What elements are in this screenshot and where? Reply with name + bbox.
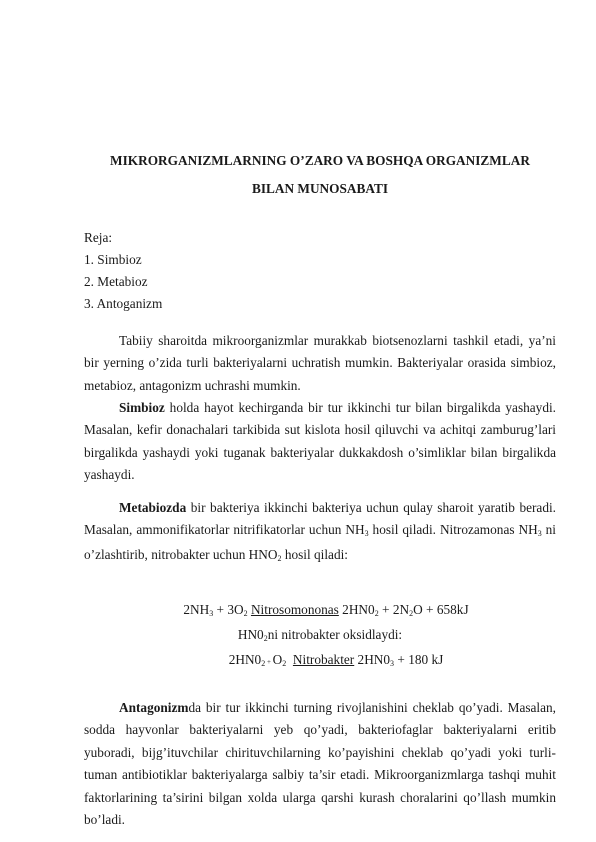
document-page: MIKRORGANIZMLARNING O’ZARO VA BOSHQA ORG… xyxy=(0,0,596,842)
subscript: 2 xyxy=(409,609,413,618)
symbiosis-paragraph: Simbioz holda hayot kechirganda bir tur … xyxy=(84,397,556,487)
eq-part: 2HN0 xyxy=(229,652,262,667)
subscript: 2 xyxy=(278,554,282,563)
eq-part: 2HN0 xyxy=(339,602,375,617)
document-title-line-1: MIKRORGANIZMLARNING O’ZARO VA BOSHQA ORG… xyxy=(84,147,556,175)
eq-part: + 3O xyxy=(213,602,243,617)
subscript: 2 xyxy=(264,634,268,643)
metabiosis-term: Metabiozda xyxy=(119,500,186,515)
equation-nitrobakter: 2HN02 + O2 Nitrobakter 2HN03 + 180 kJ xyxy=(100,649,572,673)
subscript: 2 xyxy=(282,659,286,668)
antagonism-text: da bir tur ikkinchi turning rivojlanishi… xyxy=(84,700,556,827)
eq-part xyxy=(286,652,293,667)
eq-part: + xyxy=(265,658,272,666)
metabiosis-paragraph: Metabiozda bir bakteriya ikkinchi bakter… xyxy=(84,497,556,568)
metabiosis-text: hosil qiladi: xyxy=(282,547,349,562)
subscript: 2 xyxy=(375,609,379,618)
eq-part: + 180 kJ xyxy=(394,652,443,667)
subscript: 3 xyxy=(390,659,394,668)
catalyst-label: Nitrosomononas xyxy=(251,602,339,617)
plan-heading: Reja: xyxy=(84,227,112,249)
antagonism-paragraph: Antagonizmda bir tur ikkinchi turning ri… xyxy=(84,697,556,831)
metabiosis-text: hosil qiladi. Nitrozamonas NH xyxy=(369,522,538,537)
subscript: 3 xyxy=(209,609,213,618)
equation-nitrosomonas: 2NH3 + 3O2 Nitrosomononas 2HN02 + 2N2O +… xyxy=(90,599,562,623)
symbiosis-term: Simbioz xyxy=(119,400,165,415)
subscript: 2 xyxy=(244,609,248,618)
plan-item-2: 2. Metabioz xyxy=(84,271,148,293)
subscript: 2 xyxy=(261,659,265,668)
eq-part: O + 658kJ xyxy=(413,602,469,617)
eq-part: 2NH xyxy=(183,602,209,617)
eq-part: O xyxy=(273,652,283,667)
plan-item-1: 1. Simbioz xyxy=(84,249,142,271)
document-title-line-2: BILAN MUNOSABATI xyxy=(84,175,556,203)
eq-part: ni nitrobakter oksidlaydi: xyxy=(268,627,402,642)
catalyst-label: Nitrobakter xyxy=(293,652,354,667)
equation-caption: HN02ni nitrobakter oksidlaydi: xyxy=(84,624,556,648)
eq-part: + 2N xyxy=(379,602,409,617)
eq-part: HN0 xyxy=(238,627,264,642)
subscript: 3 xyxy=(538,529,542,538)
antagonism-term: Antagonizm xyxy=(119,700,188,715)
subscript: 3 xyxy=(365,529,369,538)
plan-item-3: 3. Antoganizm xyxy=(84,293,162,315)
eq-part: 2HN0 xyxy=(354,652,390,667)
intro-paragraph: Tabiiy sharoitda mikroorganizmlar murakk… xyxy=(84,330,556,397)
